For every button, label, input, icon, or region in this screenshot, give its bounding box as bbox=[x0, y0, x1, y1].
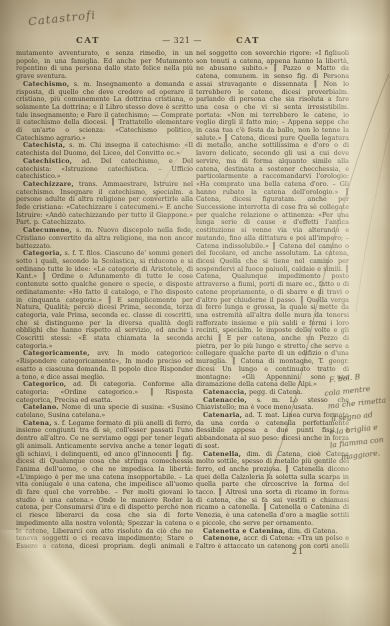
dictionary-entry: Catena, s. f. Legame formato di più anel… bbox=[16, 420, 193, 550]
running-header-page-number: — 321 — bbox=[156, 36, 208, 45]
handwritten-top-annotation: Catastrofi bbox=[27, 7, 96, 28]
dictionary-entry: Catechizzare, trans. Ammaestrare, Istrui… bbox=[16, 181, 193, 227]
dictionary-entry: mutamento avventurato, e senza rimedio, … bbox=[16, 50, 193, 81]
scanned-book-page: Catastrofi CAT — 321 — CAT mutamento avv… bbox=[0, 0, 390, 626]
dictionary-entry: Catecumeno, s. m. Nuovo discepolo nella … bbox=[16, 227, 193, 250]
dictionary-entry: Catechista, s. m. Chi insegna il catechi… bbox=[16, 142, 193, 157]
running-header-left: CAT bbox=[76, 36, 100, 46]
text-column-right: nel soggetto con soverchio rigore: «I fi… bbox=[196, 50, 349, 548]
dictionary-entry: nel soggetto con soverchio rigore: «I fi… bbox=[196, 50, 349, 389]
running-header-right: CAT bbox=[236, 36, 260, 46]
dictionary-entry: Catenone, accr. di Catena: «Tra un polso… bbox=[196, 535, 349, 548]
dictionary-entry: Catelano. Nome di una specie di susina: … bbox=[16, 404, 193, 419]
dictionary-entry: Catechistico, ad. Del catechismo, e Del … bbox=[16, 158, 193, 181]
dictionary-entry: Categorico, ad. Di categoria. Conforme a… bbox=[16, 381, 193, 404]
dictionary-entry: Categoricamente, avv. In modo categorico… bbox=[16, 350, 193, 381]
dictionary-entry: Catenella, dim. di Catena, cioè Catena m… bbox=[196, 451, 349, 528]
dictionary-entry: Catechismo, s. m. Insegnamento a domanda… bbox=[16, 81, 193, 143]
signature-number: 21 bbox=[292, 547, 304, 556]
dictionary-entry: Categoria, s. f. T. filos. Ciascuno de' … bbox=[16, 250, 193, 350]
text-column-left: mutamento avventurato, e senza rimedio, … bbox=[16, 50, 193, 550]
handwritten-margin-notes: F. bol. Bcola mentrema che rimettail seg… bbox=[322, 366, 390, 464]
